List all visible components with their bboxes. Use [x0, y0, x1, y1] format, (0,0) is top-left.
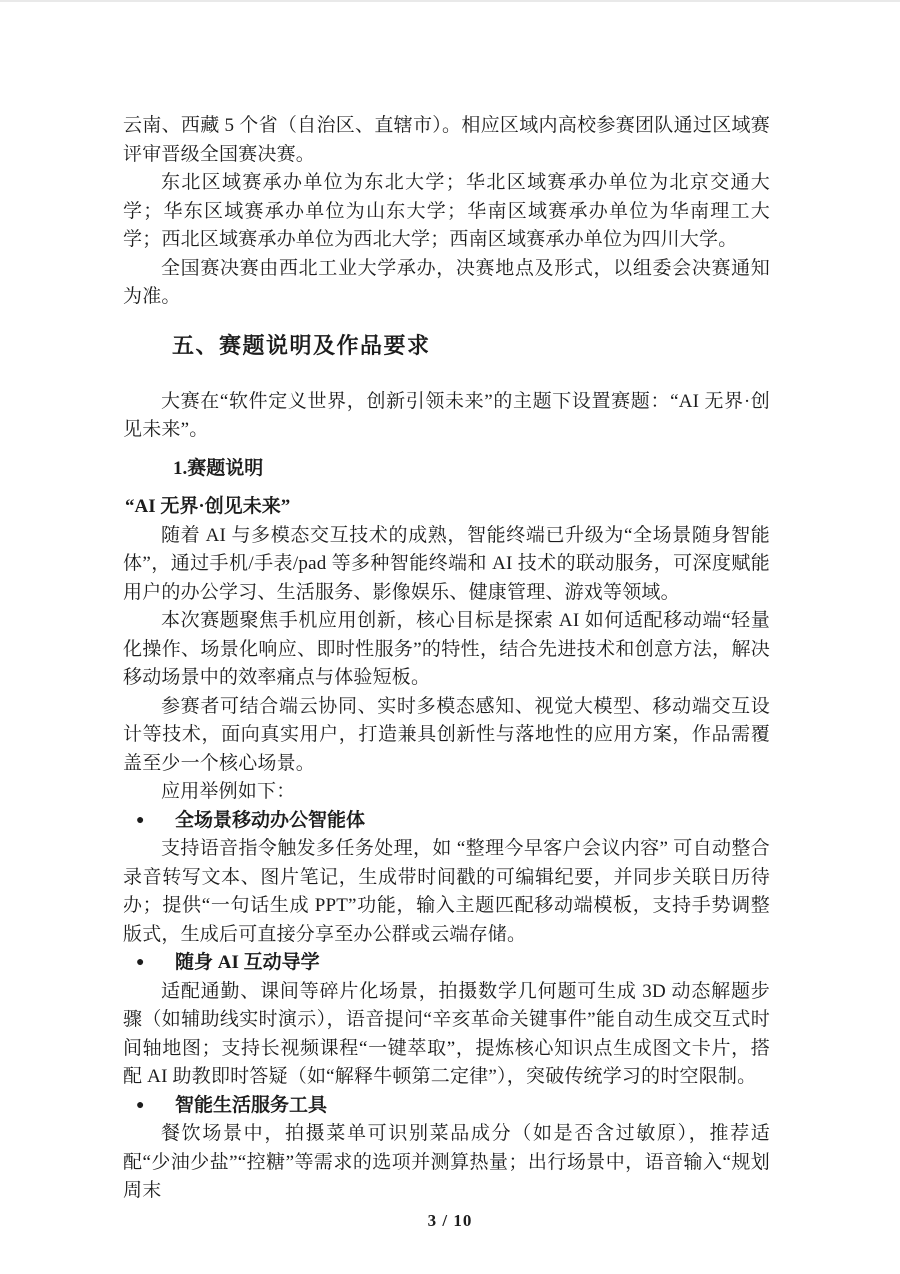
section-heading: 五、赛题说明及作品要求 — [123, 330, 770, 362]
paragraph: 支持语音指令触发多任务处理，如 “整理今早客户会议内容” 可自动整合录音转写文本… — [123, 835, 770, 949]
paragraph: 云南、西藏 5 个省（自治区、直辖市）。相应区域内高校参赛团队通过区域赛评审晋级… — [123, 112, 770, 169]
document-content: 云南、西藏 5 个省（自治区、直辖市）。相应区域内高校参赛团队通过区域赛评审晋级… — [123, 112, 770, 1206]
sub-heading: 1.赛题说明 — [123, 455, 770, 484]
bullet-item: ● 全场景移动办公智能体 — [123, 807, 770, 836]
paragraph: 应用举例如下： — [123, 778, 770, 807]
bullet-heading-label: 全场景移动办公智能体 — [175, 807, 365, 836]
paragraph: 适配通勤、课间等碎片化场景，拍摄数学几何题可生成 3D 动态解题步骤（如辅助线实… — [123, 978, 770, 1092]
bullet-icon: ● — [136, 949, 175, 978]
paragraph: 大赛在“软件定义世界，创新引领未来”的主题下设置赛题：“AI 无界·创见未来”。 — [123, 388, 770, 445]
bullet-item: ● 智能生活服务工具 — [123, 1092, 770, 1121]
paragraph: 本次赛题聚焦手机应用创新，核心目标是探索 AI 如何适配移动端“轻量化操作、场景… — [123, 607, 770, 693]
document-page: 云南、西藏 5 个省（自治区、直辖市）。相应区域内高校参赛团队通过区域赛评审晋级… — [0, 0, 900, 1274]
paragraph: 全国赛决赛由西北工业大学承办，决赛地点及形式，以组委会决赛通知为准。 — [123, 255, 770, 312]
bullet-icon: ● — [136, 1092, 175, 1121]
bullet-heading-label: 智能生活服务工具 — [175, 1092, 327, 1121]
paragraph: 参赛者可结合端云协同、实时多模态感知、视觉大模型、移动端交互设计等技术，面向真实… — [123, 693, 770, 779]
paragraph: 随着 AI 与多模态交互技术的成熟，智能终端已升级为“全场景随身智能体”，通过手… — [123, 522, 770, 608]
bullet-heading-label: 随身 AI 互动导学 — [175, 949, 320, 978]
bullet-icon: ● — [136, 807, 175, 836]
page-number: 3 / 10 — [0, 1210, 900, 1232]
paragraph: 东北区域赛承办单位为东北大学；华北区域赛承办单位为北京交通大学；华东区域赛承办单… — [123, 169, 770, 255]
topic-heading: “AI 无界·创见未来” — [123, 493, 770, 522]
paragraph: 餐饮场景中，拍摄菜单可识别菜品成分（如是否含过敏原），推荐适配“少油少盐”“控糖… — [123, 1120, 770, 1206]
bullet-item: ● 随身 AI 互动导学 — [123, 949, 770, 978]
